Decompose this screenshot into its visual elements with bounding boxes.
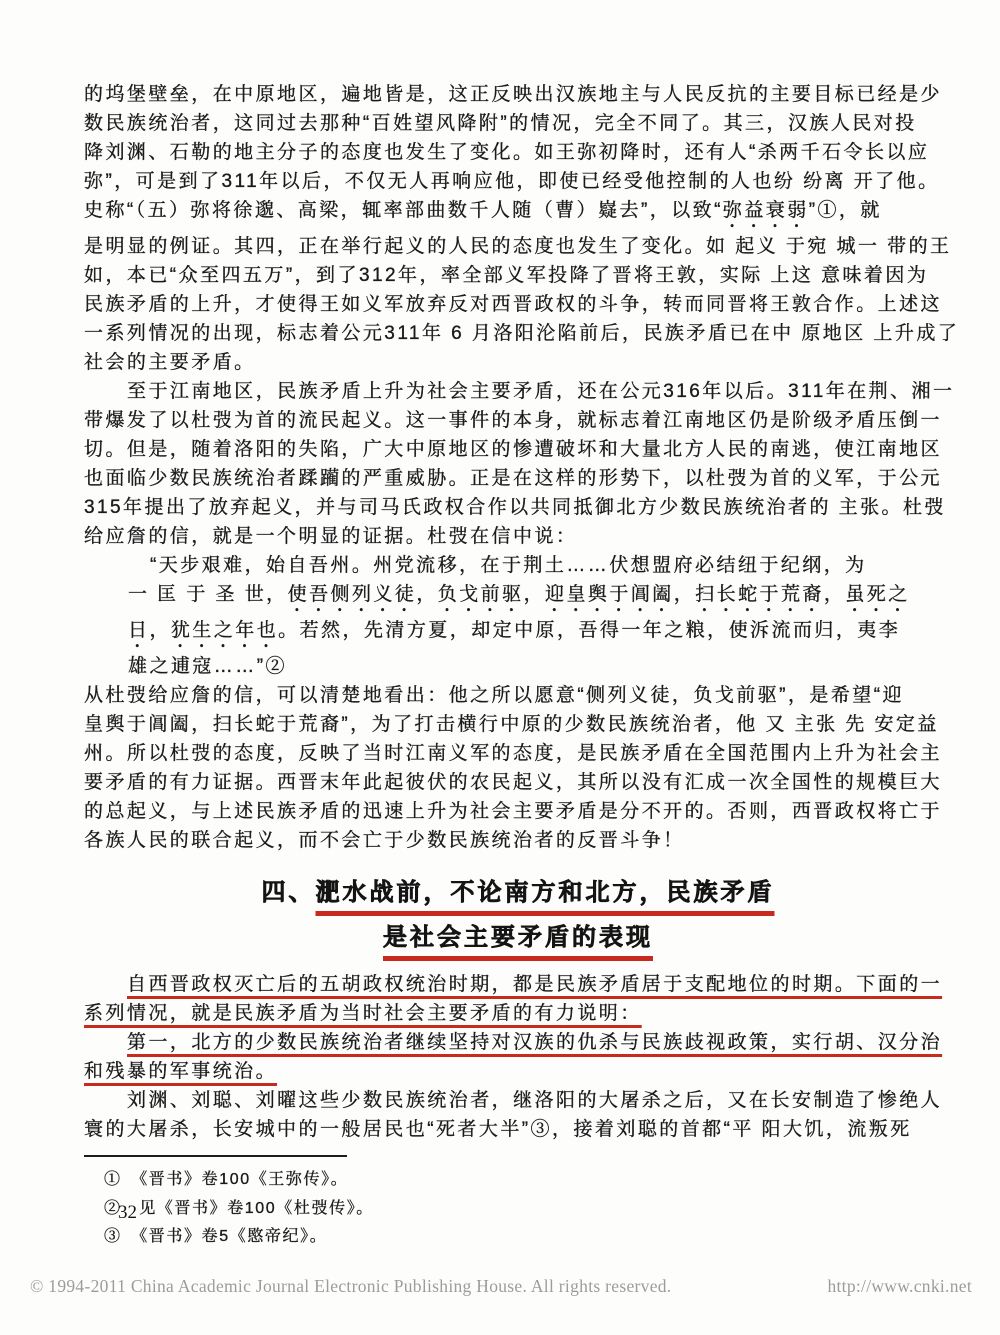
text-run: 是明显的例证。其四，正在举行起义的人民的态度也发生了变化。如 起义 于宛 城一 … xyxy=(84,236,951,257)
text-line: 从杜弢给应詹的信，可以清楚地看出：他之所以愿意“侧列义徒，负戈前驱”，是希望“迎 xyxy=(84,681,952,710)
du-tao-letter-quote: “天步艰难，始自吾州。州党流移，在于荆土……伏想盟府必结纽于纪纲，为一 匡 于 … xyxy=(84,551,952,681)
text-line: 日，犹生之年也。若然，先清方夏，却定中原，吾得一年之粮，使泝流而归，夷李 xyxy=(128,616,952,652)
text-run: 各族人民的联合起义，而不会亡于少数民族统治者的反晋斗争！ xyxy=(84,830,685,851)
text-line: ② 见《晋书》卷100《杜弢传》。 xyxy=(104,1195,952,1224)
page-number: 32 xyxy=(118,1202,137,1224)
text-run: 四、 xyxy=(262,879,316,906)
text-run: 数民族统治者，这同过去那种“百姓望风降附”的情况，完全不同了。其三，汉族人民对投 xyxy=(84,113,917,134)
text-line: 如，本已“众至四五万”，到了312年，率全部义军投降了晋将王敦，实际 上这 意味… xyxy=(84,261,952,290)
text-run: 雄之逋寇……”② xyxy=(128,656,287,677)
text-run: 一 匡 于 圣 世， xyxy=(128,584,288,605)
red-underline-text: 不论南方和北方， xyxy=(451,879,667,906)
text-run: 带爆发了以杜弢为首的流民起义。这一事件的本身，就标志着江南地区仍是阶级矛盾压倒一 xyxy=(84,410,942,431)
text-line: 四、淝水战前，不论南方和北方，民族矛盾 xyxy=(84,870,952,915)
text-line: 315年提出了放弃起义，并与司马氏政权合作以共同抵御北方少数民族统治者的 主张。… xyxy=(84,493,952,522)
text-run: ”①，就 xyxy=(809,200,882,221)
text-line: 雄之逋寇……”② xyxy=(128,652,952,681)
text-run: 刘渊、刘聪、刘曜这些少数民族统治者，继洛阳的大屠杀之后，又在长安制造了惨绝人 xyxy=(127,1090,942,1111)
footer-copyright: © 1994-2011 China Academic Journal Elect… xyxy=(30,1276,671,1297)
text-run: 寰的大屠杀，长安城中的一般居民也“死者大半”③，接着刘聪的首都“平 阳大饥，流叛… xyxy=(84,1119,912,1140)
text-run: 从杜弢给应詹的信，可以清楚地看出：他之所以愿意“侧列义徒，负戈前驱”，是希望“迎 xyxy=(84,685,904,706)
text-line: 数民族统治者，这同过去那种“百姓望风降附”的情况，完全不同了。其三，汉族人民对投 xyxy=(84,109,952,138)
text-line: 的总起义，与上述民族矛盾的迅速上升为社会主要矛盾是分不开的。否则，西晋政权将亡于 xyxy=(84,797,952,826)
text-run: ③ 《晋书》卷5《愍帝纪》。 xyxy=(104,1228,327,1245)
scanned-journal-page: 的坞堡壁垒，在中原地区，遍地皆是，这正反映出汉族地主与人民反抗的主要目标已经是少… xyxy=(0,0,1000,1335)
text-line: 给应詹的信，就是一个明显的证据。杜弢在信中说： xyxy=(84,522,952,551)
text-run: 切。但是，随着洛阳的失陷，广大中原地区的惨遭破坏和大量北方人民的南逃，使江南地区 xyxy=(84,439,942,460)
section-4-heading: 四、淝水战前，不论南方和北方，民族矛盾是社会主要矛盾的表现 xyxy=(84,870,952,960)
text-line: 各族人民的联合起义，而不会亡于少数民族统治者的反晋斗争！ xyxy=(84,826,952,855)
text-run: 州。所以杜弢的态度，反映了当时江南义军的态度，是民族矛盾在全国范围内上升为社会主 xyxy=(84,743,942,764)
red-underline-text: 是社会主要矛盾的表现 xyxy=(383,924,653,951)
emphasis-dotted-text: 使吾侧列义徒，负戈前驱，迎皇舆于阊阖，扫长蛇于荒裔，虽死之 xyxy=(288,584,910,605)
text-run: 若然，先清方夏，却定中原，吾得一年之粮，使泝流而归，夷李 xyxy=(300,620,901,641)
text-line: 至于江南地区，民族矛盾上升为社会主要矛盾，还在公元316年以后。311年在荆、湘… xyxy=(84,377,952,406)
text-line: 和残暴的军事统治。 xyxy=(84,1057,952,1086)
red-underline-text: 民族矛盾 xyxy=(667,879,775,906)
text-line: 社会的主要矛盾。 xyxy=(84,348,952,377)
text-line: ① 《晋书》卷100《王弥传》。 xyxy=(104,1166,952,1195)
footnotes: ① 《晋书》卷100《王弥传》。② 见《晋书》卷100《杜弢传》。③ 《晋书》卷… xyxy=(84,1166,952,1252)
text-run: 降刘渊、石勒的地主分子的态度也发生了变化。如王弥初降时，还有人“杀两千石令长以应 xyxy=(84,142,929,163)
text-line: 弥”，可是到了311年以后，不仅无人再响应他，即使已经受他控制的人也纷 纷离 开… xyxy=(84,167,952,196)
text-line: 一 匡 于 圣 世，使吾侧列义徒，负戈前驱，迎皇舆于阊阖，扫长蛇于荒裔，虽死之 xyxy=(128,580,952,616)
text-run: 的总起义，与上述民族矛盾的迅速上升为社会主要矛盾是分不开的。否则，西晋政权将亡于 xyxy=(84,801,942,822)
text-line: 要矛盾的有力证据。西晋末年此起彼伏的农民起义，其所以没有汇成一次全国性的规模巨大 xyxy=(84,768,952,797)
text-run: 皇舆于阊阖，扫长蛇于荒裔”，为了打击横行中原的少数民族统治者，他 又 主张 先 … xyxy=(84,714,939,735)
text-line: “天步艰难，始自吾州。州党流移，在于荆土……伏想盟府必结纽于纪纲，为 xyxy=(128,551,952,580)
text-line: 自西晋政权灭亡后的五胡政权统治时期，都是民族矛盾居于支配地位的时期。下面的一 xyxy=(84,970,952,999)
paragraph-5: 刘渊、刘聪、刘曜这些少数民族统治者，继洛阳的大屠杀之后，又在长安制造了惨绝人寰的… xyxy=(84,1086,952,1144)
text-line: 州。所以杜弢的态度，反映了当时江南义军的态度，是民族矛盾在全国范围内上升为社会主 xyxy=(84,739,952,768)
text-run: 要矛盾的有力证据。西晋末年此起彼伏的农民起义，其所以没有汇成一次全国性的规模巨大 xyxy=(84,772,942,793)
text-line: 切。但是，随着洛阳的失陷，广大中原地区的惨遭破坏和大量北方人民的南逃，使江南地区 xyxy=(84,435,952,464)
text-run: 史称“（五）弥将徐邈、高梁，辄率部曲数千人随（曹）嶷去”，以致“ xyxy=(84,200,723,221)
red-underline-text: 和残暴的军事统治。 xyxy=(84,1061,277,1082)
red-underline-text: 第一，北方的少数民族统治者继续坚持对汉族的仇杀与民族歧视政策，实行胡、汉分治 xyxy=(127,1032,942,1053)
red-underline-text: 系列情况，就是民族矛盾为当时社会主要矛盾的有力说明： xyxy=(84,1003,642,1024)
emphasis-dotted-text: 弥益衰弱 xyxy=(723,200,809,221)
text-line: 是明显的例证。其四，正在举行起义的人民的态度也发生了变化。如 起义 于宛 城一 … xyxy=(84,232,952,261)
text-run: 一系列情况的出现，标志着公元311年 6 月洛阳沦陷前后，民族矛盾已在中 原地区… xyxy=(84,323,959,344)
text-run: 至于江南地区，民族矛盾上升为社会主要矛盾，还在公元316年以后。311年在荆、湘… xyxy=(127,381,954,402)
text-line: 也面临少数民族统治者蹂躏的严重威胁。正是在这样的形势下，以杜弢为首的义军，于公元 xyxy=(84,464,952,493)
footer-url: http://www.cnki.net xyxy=(827,1276,972,1297)
text-run: 弥”，可是到了311年以后，不仅无人再响应他，即使已经受他控制的人也纷 纷离 开… xyxy=(84,171,940,192)
text-line: 降刘渊、石勒的地主分子的态度也发生了变化。如王弥初降时，还有人“杀两千石令长以应 xyxy=(84,138,952,167)
red-underline-text: 自西晋政权灭亡后的五胡政权统治时期，都是民族矛盾居于支配地位的时期。下面的一 xyxy=(127,974,942,995)
text-line: 是社会主要矛盾的表现 xyxy=(84,915,952,960)
text-run: 也面临少数民族统治者蹂躏的严重威胁。正是在这样的形势下，以杜弢为首的义军，于公元 xyxy=(84,468,942,489)
text-line: 系列情况，就是民族矛盾为当时社会主要矛盾的有力说明： xyxy=(84,999,952,1028)
text-line: 带爆发了以杜弢为首的流民起义。这一事件的本身，就标志着江南地区仍是阶级矛盾压倒一 xyxy=(84,406,952,435)
paragraph-3: 从杜弢给应詹的信，可以清楚地看出：他之所以愿意“侧列义徒，负戈前驱”，是希望“迎… xyxy=(84,681,952,855)
text-run: 如，本已“众至四五万”，到了312年，率全部义军投降了晋将王敦，实际 上这 意味… xyxy=(84,265,928,286)
red-underline-text: 淝水战前， xyxy=(316,879,451,906)
text-run: ① 《晋书》卷100《王弥传》。 xyxy=(104,1171,348,1188)
text-line: 的坞堡壁垒，在中原地区，遍地皆是，这正反映出汉族地主与人民反抗的主要目标已经是少 xyxy=(84,80,952,109)
text-line: 刘渊、刘聪、刘曜这些少数民族统治者，继洛阳的大屠杀之后，又在长安制造了惨绝人 xyxy=(84,1086,952,1115)
document-body: 的坞堡壁垒，在中原地区，遍地皆是，这正反映出汉族地主与人民反抗的主要目标已经是少… xyxy=(84,80,952,1252)
footer-watermark: © 1994-2011 China Academic Journal Elect… xyxy=(30,1276,972,1297)
paragraph-4: 自西晋政权灭亡后的五胡政权统治时期，都是民族矛盾居于支配地位的时期。下面的一系列… xyxy=(84,970,952,1086)
paragraph-1: 的坞堡壁垒，在中原地区，遍地皆是，这正反映出汉族地主与人民反抗的主要目标已经是少… xyxy=(84,80,952,377)
text-run: ② 见《晋书》卷100《杜弢传》。 xyxy=(104,1200,374,1217)
text-run: 315年提出了放弃起义，并与司马氏政权合作以共同抵御北方少数民族统治者的 主张。… xyxy=(84,497,946,518)
text-line: 一系列情况的出现，标志着公元311年 6 月洛阳沦陷前后，民族矛盾已在中 原地区… xyxy=(84,319,952,348)
emphasis-dotted-text: 日，犹生之年也。 xyxy=(128,620,300,641)
text-run: 民族矛盾的上升，才使得王如义军放弃反对西晋政权的斗争，转而同晋将王敦合作。上述这 xyxy=(84,294,942,315)
text-line: 史称“（五）弥将徐邈、高梁，辄率部曲数千人随（曹）嶷去”，以致“弥益衰弱”①，就 xyxy=(84,196,952,232)
footnote-divider xyxy=(84,1155,347,1157)
text-line: 民族矛盾的上升，才使得王如义军放弃反对西晋政权的斗争，转而同晋将王敦合作。上述这 xyxy=(84,290,952,319)
text-run: 给应詹的信，就是一个明显的证据。杜弢在信中说： xyxy=(84,526,577,547)
text-line: ③ 《晋书》卷5《愍帝纪》。 xyxy=(104,1223,952,1252)
text-run: 社会的主要矛盾。 xyxy=(84,352,256,373)
text-line: 寰的大屠杀，长安城中的一般居民也“死者大半”③，接着刘聪的首都“平 阳大饥，流叛… xyxy=(84,1115,952,1144)
paragraph-2: 至于江南地区，民族矛盾上升为社会主要矛盾，还在公元316年以后。311年在荆、湘… xyxy=(84,377,952,551)
text-line: 第一，北方的少数民族统治者继续坚持对汉族的仇杀与民族歧视政策，实行胡、汉分治 xyxy=(84,1028,952,1057)
text-run: 的坞堡壁垒，在中原地区，遍地皆是，这正反映出汉族地主与人民反抗的主要目标已经是少 xyxy=(84,84,942,105)
text-line: 皇舆于阊阖，扫长蛇于荒裔”，为了打击横行中原的少数民族统治者，他 又 主张 先 … xyxy=(84,710,952,739)
text-run: “天步艰难，始自吾州。州党流移，在于荆土……伏想盟府必结纽于纪纲，为 xyxy=(150,555,867,576)
